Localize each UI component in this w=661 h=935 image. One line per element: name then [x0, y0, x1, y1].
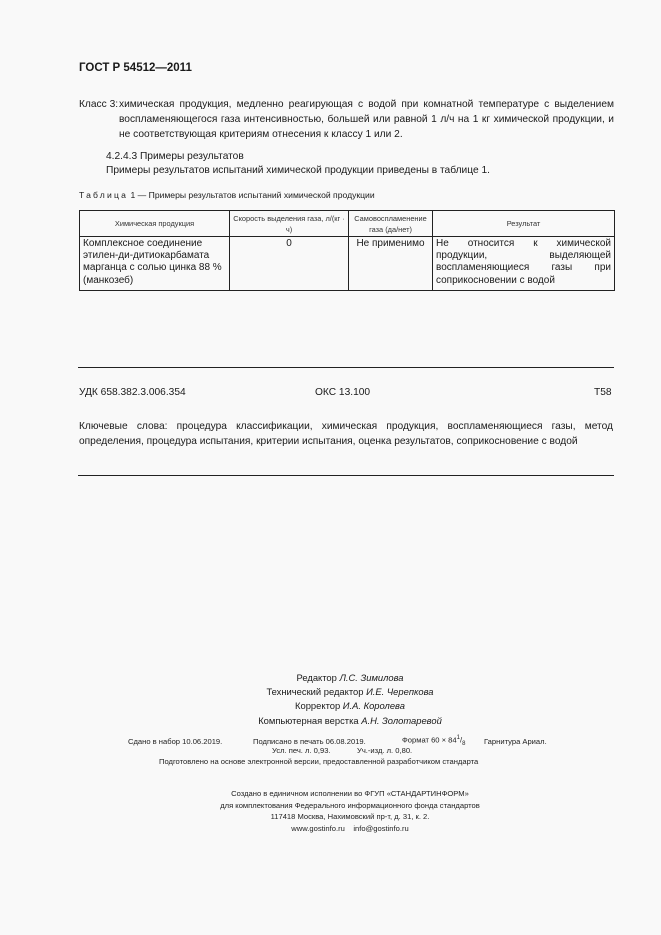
divider-bottom	[78, 475, 614, 476]
pub-signed: Подписано в печать 06.08.2019.	[253, 737, 366, 746]
class3-text: химическая продукция, медленно реагирующ…	[119, 97, 614, 142]
class3-label: Класс 3:	[79, 97, 118, 112]
cell-result: Не относится к химической продукции, выд…	[433, 237, 615, 291]
email-link[interactable]: info@gostinfo.ru	[353, 824, 408, 833]
keywords: Ключевые слова: процедура классификации,…	[79, 419, 613, 449]
results-table: Химическая продукция Скорость выделения …	[79, 210, 615, 291]
creator-address: 117418 Москва, Нахимовский пр-т, д. 31, …	[150, 811, 550, 823]
header-result: Результат	[433, 211, 615, 237]
class3-definition: Класс 3: химическая продукция, медленно …	[79, 97, 614, 142]
cell-gas-rate: 0	[230, 237, 349, 291]
creator-info: Создано в единичном исполнении во ФГУП «…	[150, 788, 550, 834]
table-caption: Таблица 1 — Примеры результатов испытани…	[79, 190, 375, 200]
credit-tech-editor: Технический редактор И.Е. Черепкова	[180, 685, 520, 699]
creator-contacts: www.gostinfo.ru info@gostinfo.ru	[150, 823, 550, 835]
table-row: Комплексное соединение этилен-ди-дитиока…	[80, 237, 615, 291]
credit-corrector: Корректор И.А. Королева	[180, 699, 520, 713]
creator-line2: для комплектования Федерального информац…	[150, 800, 550, 812]
section-body: Примеры результатов испытаний химической…	[106, 165, 490, 176]
pub-prepared-note: Подготовлено на основе электронной верси…	[159, 757, 478, 766]
table-caption-prefix: Таблица	[79, 190, 128, 200]
divider-top	[78, 367, 614, 368]
pub-typeset: Сдано в набор 10.06.2019.	[128, 737, 222, 746]
credit-editor: Редактор Л.С. Зимилова	[180, 671, 520, 685]
cell-self-ignition: Не применимо	[349, 237, 433, 291]
header-product: Химическая продукция	[80, 211, 230, 237]
group-code: Т58	[594, 387, 612, 398]
credits: Редактор Л.С. Зимилова Технический редак…	[180, 671, 520, 728]
oks-code: ОКС 13.100	[315, 387, 370, 398]
pub-publishing-sheets: Уч.-изд. л. 0,80.	[357, 746, 412, 755]
table-caption-text: 1 — Примеры результатов испытаний химиче…	[128, 190, 375, 200]
pub-typeface: Гарнитура Ариал.	[484, 737, 547, 746]
table-header-row: Химическая продукция Скорость выделения …	[80, 211, 615, 237]
website-link[interactable]: www.gostinfo.ru	[291, 824, 345, 833]
udk-code: УДК 658.382.3.006.354	[79, 387, 186, 398]
pub-print-sheets: Усл. печ. л. 0,93.	[272, 746, 331, 755]
credit-layout: Компьютерная верстка А.Н. Золотаревой	[180, 714, 520, 728]
header-self-ignition: Самовоспламенение газа (да/нет)	[349, 211, 433, 237]
creator-line1: Создано в единичном исполнении во ФГУП «…	[150, 788, 550, 800]
section-heading: 4.2.4.3 Примеры результатов	[106, 151, 244, 162]
cell-product: Комплексное соединение этилен-ди-дитиока…	[80, 237, 230, 291]
header-gas-rate: Скорость выделения газа, л/(кг · ч)	[230, 211, 349, 237]
document-id: ГОСТ Р 54512—2011	[79, 62, 192, 74]
